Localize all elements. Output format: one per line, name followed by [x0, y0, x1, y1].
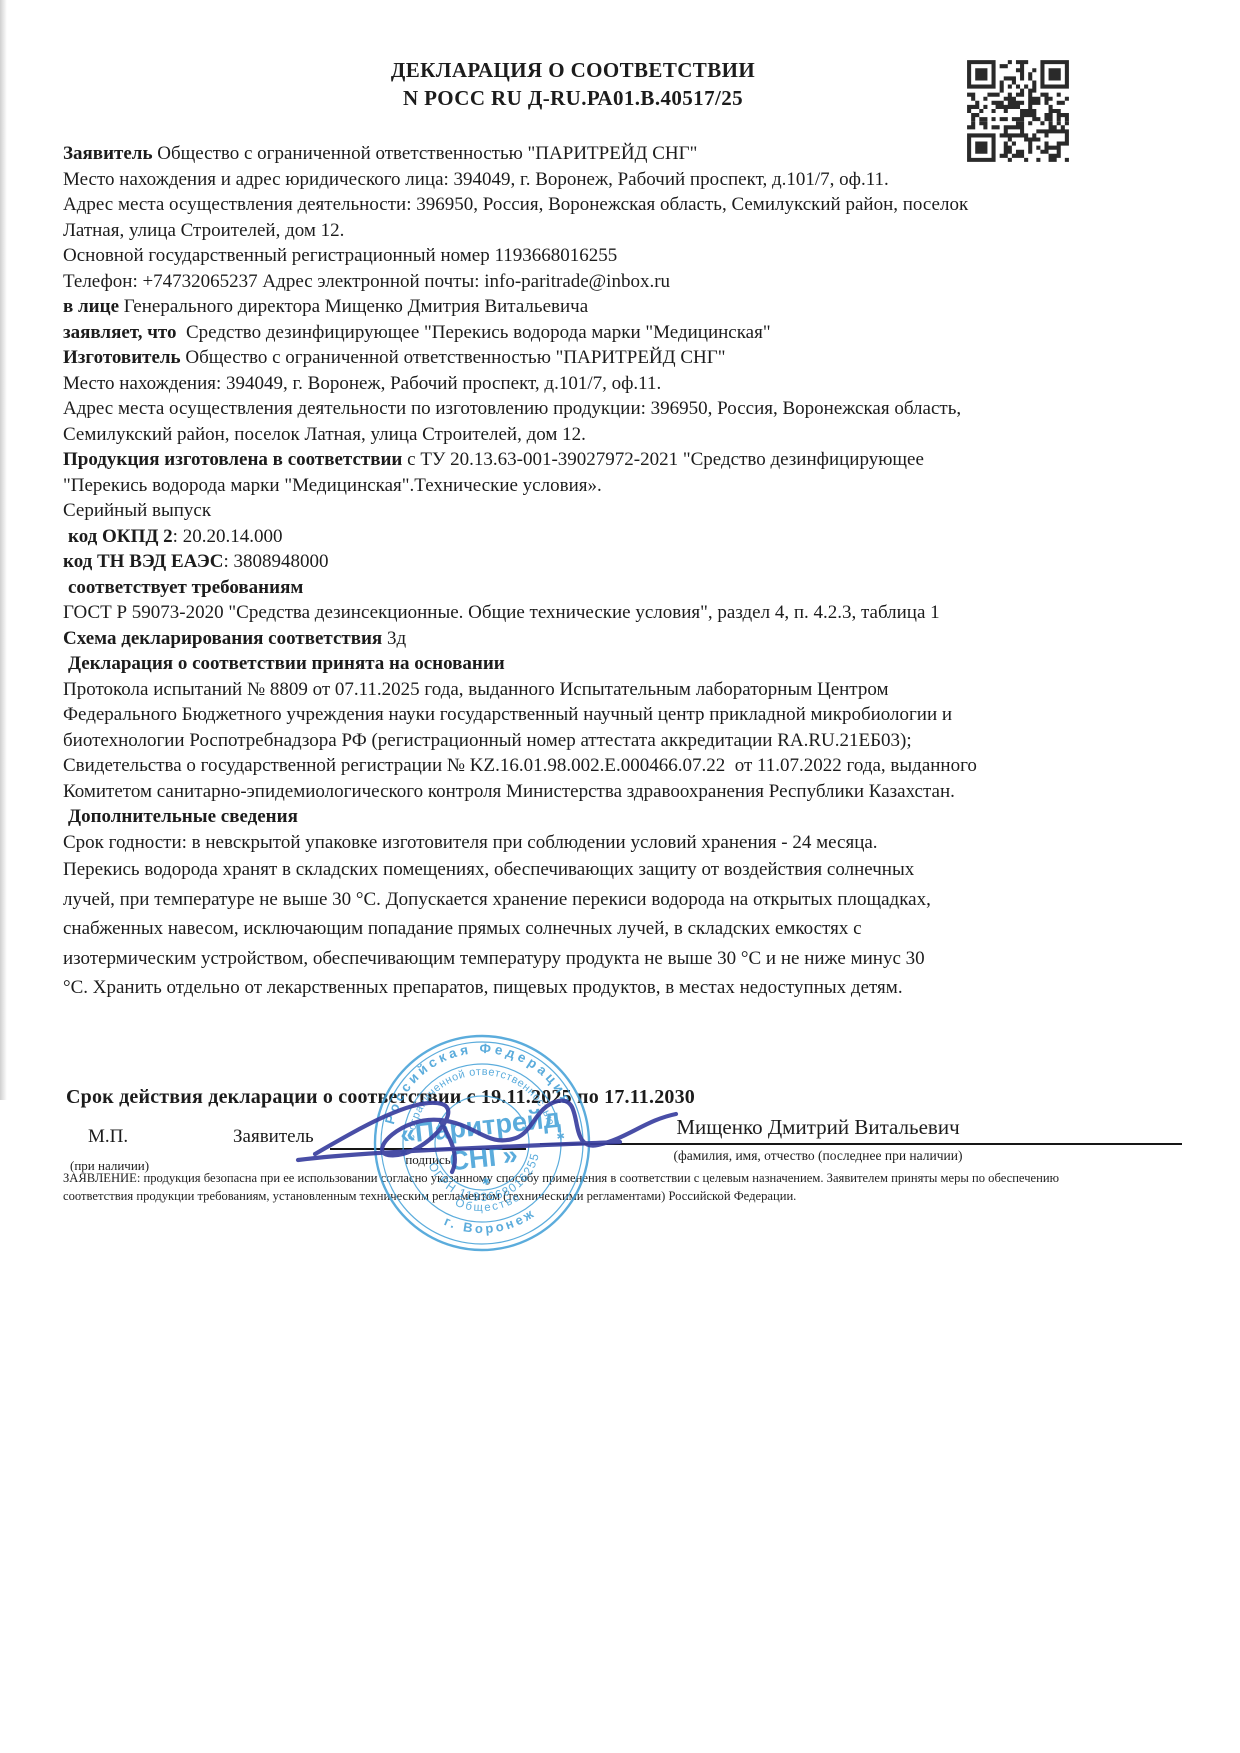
document-line-text: Средство дезинфицирующее "Перекись водор… [177, 322, 771, 343]
document-line: изотермическим устройством, обеспечивающ… [63, 944, 1193, 974]
title-line-1: ДЕКЛАРАЦИЯ О СООТВЕТСТВИИ [63, 56, 1083, 84]
document-line-text: Адрес места осуществления деятельности: … [63, 194, 968, 215]
document-line-text: Общество с ограниченной ответственностью… [153, 143, 698, 164]
document-line-text: Серийный выпуск [63, 500, 211, 521]
document-line: Декларация о соответствии принята на осн… [63, 651, 1193, 677]
document-line: Дополнительные сведения [63, 804, 1193, 830]
document-line-text: Место нахождения и адрес юридического ли… [63, 169, 889, 190]
document-line: °С. Хранить отдельно от лекарственных пр… [63, 973, 1193, 1003]
document-line: Изготовитель Общество с ограниченной отв… [63, 345, 1193, 371]
document-line-text: °С. Хранить отдельно от лекарственных пр… [63, 977, 903, 998]
document-line-label: Изготовитель [63, 347, 181, 368]
document-line-text: изотермическим устройством, обеспечивающ… [63, 948, 925, 969]
document-line-text: Телефон: +74732065237 Адрес электронной … [63, 271, 670, 292]
document-line-text: 3д [382, 628, 406, 649]
document-line-text: Генерального директора Мищенко Дмитрия В… [119, 296, 588, 317]
document-line: код ОКПД 2: 20.20.14.000 [63, 524, 1193, 550]
document-line: Протокола испытаний № 8809 от 07.11.2025… [63, 677, 1193, 703]
document-line-text: Свидетельства о государственной регистра… [63, 755, 977, 776]
document-line-label: Схема декларирования соответствия [63, 628, 382, 649]
statement-line-2: соответствия продукции требованиям, уста… [63, 1189, 1203, 1204]
document-line-text: Федерального Бюджетного учреждения науки… [63, 704, 952, 725]
document-body: Заявитель Общество с ограниченной ответс… [63, 141, 1193, 1003]
document-line: Свидетельства о государственной регистра… [63, 753, 1193, 779]
document-line-label: Заявитель [63, 143, 153, 164]
document-line: ГОСТ Р 59073-2020 "Средства дезинсекцион… [63, 600, 1193, 626]
document-line: соответствует требованиям [63, 575, 1193, 601]
document-line-text: Комитетом санитарно-эпидемиологического … [63, 781, 955, 802]
document-line-text: Срок годности: в невскрытой упаковке изг… [63, 832, 878, 853]
document-line: Комитетом санитарно-эпидемиологического … [63, 779, 1193, 805]
document-line-label: заявляет, что [63, 322, 177, 343]
document-line-text: Общество с ограниченной ответственностью… [181, 347, 726, 368]
document-line: "Перекись водорода марки "Медицинская".Т… [63, 473, 1193, 499]
document-line-label: соответствует требованиям [68, 577, 303, 598]
document-line-label: Декларация о соответствии принята на осн… [68, 653, 505, 674]
document-line: заявляет, что Средство дезинфицирующее "… [63, 320, 1193, 346]
document-line-text: снабженных навесом, исключающим попадани… [63, 918, 862, 939]
stamp-asterisk-bottom: ✱ [481, 1176, 490, 1188]
document-line: биотехнологии Роспотребнадзора РФ (регис… [63, 728, 1193, 754]
document-line: Адрес места осуществления деятельности п… [63, 396, 1193, 422]
document-line: Адрес места осуществления деятельности: … [63, 192, 1193, 218]
document-line-text: : 3808948000 [224, 551, 329, 572]
document-title: ДЕКЛАРАЦИЯ О СООТВЕТСТВИИ N РОСС RU Д-RU… [63, 56, 1083, 112]
document-line-text: ГОСТ Р 59073-2020 "Средства дезинсекцион… [63, 602, 940, 623]
title-line-2: N РОСС RU Д-RU.РА01.В.40517/25 [63, 84, 1083, 112]
document-line: Латная, улица Строителей, дом 12. [63, 218, 1193, 244]
document-line: код ТН ВЭД ЕАЭС: 3808948000 [63, 549, 1193, 575]
document-line-text: лучей, при температуре не выше 30 °С. До… [63, 889, 931, 910]
document-line: в лице Генерального директора Мищенко Дм… [63, 294, 1193, 320]
document-line-label: код ОКПД 2 [68, 526, 173, 547]
document-line: лучей, при температуре не выше 30 °С. До… [63, 885, 1193, 915]
scan-edge-artifact [0, 0, 7, 1100]
handwritten-signature [290, 1068, 690, 1178]
document-line-text: Семилукский район, поселок Латная, улица… [63, 424, 586, 445]
declaration-document: ДЕКЛАРАЦИЯ О СООТВЕТСТВИИ N РОСС RU Д-RU… [0, 0, 1240, 1753]
document-line: Федерального Бюджетного учреждения науки… [63, 702, 1193, 728]
document-line: снабженных навесом, исключающим попадани… [63, 914, 1193, 944]
document-line: Серийный выпуск [63, 498, 1193, 524]
document-line-label: Продукция изготовлена в соответствии [63, 449, 402, 470]
document-line-text: биотехнологии Роспотребнадзора РФ (регис… [63, 730, 912, 751]
seal-place-label: М.П. [88, 1126, 128, 1148]
document-line: Место нахождения и адрес юридического ли… [63, 167, 1193, 193]
document-line-label: в лице [63, 296, 119, 317]
document-line-text: Основной государственный регистрационный… [63, 245, 617, 266]
document-line: Телефон: +74732065237 Адрес электронной … [63, 269, 1193, 295]
document-line-text: Протокола испытаний № 8809 от 07.11.2025… [63, 679, 889, 700]
document-line: Схема декларирования соответствия 3д [63, 626, 1193, 652]
document-line: Продукция изготовлена в соответствии с Т… [63, 447, 1193, 473]
document-line-text: Место нахождения: 394049, г. Воронеж, Ра… [63, 373, 661, 394]
document-line-text: Адрес места осуществления деятельности п… [63, 398, 961, 419]
document-line-text: "Перекись водорода марки "Медицинская".Т… [63, 475, 602, 496]
document-line: Место нахождения: 394049, г. Воронеж, Ра… [63, 371, 1193, 397]
document-line-label: Дополнительные сведения [68, 806, 298, 827]
document-line: Срок годности: в невскрытой упаковке изг… [63, 830, 1193, 856]
document-line-text: : 20.20.14.000 [173, 526, 283, 547]
document-line-label: код ТН ВЭД ЕАЭС [63, 551, 224, 572]
document-line: Основной государственный регистрационный… [63, 243, 1193, 269]
document-line: Заявитель Общество с ограниченной ответс… [63, 141, 1193, 167]
document-line-text: Перекись водорода хранят в складских пом… [63, 859, 914, 880]
document-line: Перекись водорода хранят в складских пом… [63, 855, 1193, 885]
document-line-text: Латная, улица Строителей, дом 12. [63, 220, 344, 241]
document-line-text: с ТУ 20.13.63-001-39027972-2021 "Средств… [402, 449, 924, 470]
document-line: Семилукский район, поселок Латная, улица… [63, 422, 1193, 448]
